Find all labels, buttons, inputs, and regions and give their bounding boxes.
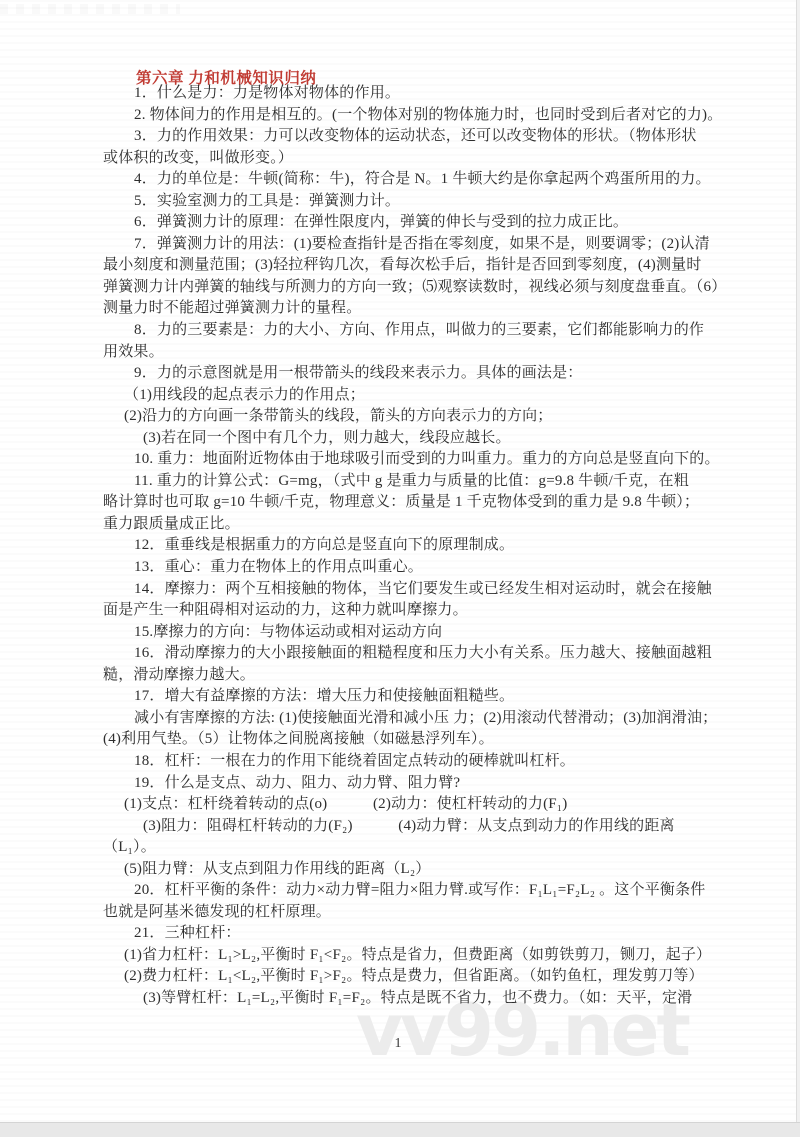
text-line: 或体积的改变，叫做形变。） [103, 148, 703, 170]
text-line: 最小刻度和测量范围；(3)轻拉秤钩几次，看每次松手后，指针是否回到零刻度，(4)… [103, 255, 703, 277]
text-line: 13．重心：重力在物体上的作用点叫重心。 [103, 557, 703, 579]
text-line: 6．弹簧测力计的原理：在弹性限度内，弹簧的伸长与受到的拉力成正比。 [103, 212, 703, 234]
text-line: 7．弹簧测力计的用法：(1)要检查指针是否指在零刻度，如果不是，则要调零；(2)… [103, 234, 703, 256]
page-edge-strip [796, 0, 800, 1122]
document-viewer: vv99.net 第六章 力和机械知识归纳 1．什么是力：力是物体对物体的作用。… [0, 0, 800, 1137]
document-page: vv99.net 第六章 力和机械知识归纳 1．什么是力：力是物体对物体的作用。… [0, 0, 796, 1122]
text-line: 也就是阿基米德发现的杠杆原理。 [103, 902, 703, 924]
text-line: 测量力时不能超过弹簧测力计的量程。 [103, 298, 703, 320]
text-line: (1)省力杠杆：L₁>L₂,平衡时 F₁<F₂。特点是省力，但费距离（如剪铁剪刀… [103, 945, 703, 967]
text-line: 3．力的作用效果：力可以改变物体的运动状态，还可以改变物体的形状。（物体形状 [103, 126, 703, 148]
scan-artifact-marks [0, 4, 180, 14]
text-line: 10. 重力：地面附近物体由于地球吸引而受到的力叫重力。重力的方向总是竖直向下的… [103, 449, 703, 471]
text-line: 重力跟质量成正比。 [103, 514, 703, 536]
text-line: (2)沿力的方向画一条带箭头的线段，箭头的方向表示力的方向； [103, 406, 703, 428]
document-body: 1．什么是力：力是物体对物体的作用。2. 物体间力的作用是相互的。(一个物体对别… [103, 83, 703, 1010]
text-line: 面是产生一种阻碍相对运动的力，这种力就叫摩擦力。 [103, 600, 703, 622]
text-line: 略计算时也可取 g=10 牛顿/千克，物理意义：质量是 1 千克物体受到的重力是… [103, 492, 703, 514]
text-line: 18．杠杆：一根在力的作用下能绕着固定点转动的硬棒就叫杠杆。 [103, 751, 703, 773]
text-line: 2. 物体间力的作用是相互的。(一个物体对别的物体施力时，也同时受到后者对它的力… [103, 105, 703, 127]
text-line: (3)等臂杠杆：L₁=L₂,平衡时 F₁=F₂。特点是既不省力，也不费力。（如：… [103, 988, 703, 1010]
text-line: (3)阻力：阻碍杠杆转动的力(F₂) (4)动力臂：从支点到动力的作用线的距离 [103, 816, 703, 838]
text-line: (4)利用气垫。（5）让物体之间脱离接触（如磁悬浮列车）。 [103, 729, 703, 751]
text-line: 16．滑动摩擦力的大小跟接触面的粗糙程度和压力大小有关系。压力越大、接触面越粗 [103, 643, 703, 665]
page-number: 1 [0, 1036, 796, 1052]
text-line: 11. 重力的计算公式：G=mg，（式中 g 是重力与质量的比值：g=9.8 牛… [103, 471, 703, 493]
text-line: (5)阻力臂：从支点到阻力作用线的距离（L₂） [103, 859, 703, 881]
text-line: 14．摩擦力：两个互相接触的物体，当它们要发生或已经发生相对运动时，就会在接触 [103, 579, 703, 601]
text-line: (3)若在同一个图中有几个力，则力越大，线段应越长。 [103, 428, 703, 450]
text-line: 15.摩擦力的方向：与物体运动或相对运动方向 [103, 622, 703, 644]
text-line: （1)用线段的起点表示力的作用点； [103, 385, 703, 407]
text-line: 4．力的单位是：牛顿(简称：牛)，符合是 N。1 牛顿大约是你拿起两个鸡蛋所用的… [103, 169, 703, 191]
text-line: 糙，滑动摩擦力越大。 [103, 665, 703, 687]
text-line: 弹簧测力计内弹簧的轴线与所测力的方向一致；⑸观察读数时，视线必须与刻度盘垂直。（… [103, 277, 703, 299]
text-line: 减小有害摩擦的方法: (1)使接触面光滑和减小压 力；(2)用滚动代替滑动；(3… [103, 708, 703, 730]
horizontal-scrollbar-track[interactable] [0, 1122, 800, 1137]
text-line: 8．力的三要素是：力的大小、方向、作用点，叫做力的三要素，它们都能影响力的作 [103, 320, 703, 342]
text-line: 1．什么是力：力是物体对物体的作用。 [103, 83, 703, 105]
text-line: 21．三种杠杆： [103, 923, 703, 945]
text-line: （L₁）。 [103, 837, 703, 859]
text-line: 9．力的示意图就是用一根带箭头的线段来表示力。具体的画法是： [103, 363, 703, 385]
text-line: 12．重垂线是根据重力的方向总是竖直向下的原理制成。 [103, 535, 703, 557]
text-line: 5．实验室测力的工具是：弹簧测力计。 [103, 191, 703, 213]
text-line: 19．什么是支点、动力、阻力、动力臂、阻力臂? [103, 773, 703, 795]
text-line: 17．增大有益摩擦的方法：增大压力和使接触面粗糙些。 [103, 686, 703, 708]
text-line: (2)费力杠杆：L₁<L₂,平衡时 F₁>F₂。特点是费力，但省距离。（如钓鱼杠… [103, 966, 703, 988]
text-line: (1)支点：杠杆绕着转动的点(o) (2)动力：使杠杆转动的力(F₁) [103, 794, 703, 816]
text-line: 用效果。 [103, 342, 703, 364]
text-line: 20．杠杆平衡的条件：动力×动力臂=阻力×阻力臂.或写作：F₁L₁=F₂L₂ 。… [103, 880, 703, 902]
